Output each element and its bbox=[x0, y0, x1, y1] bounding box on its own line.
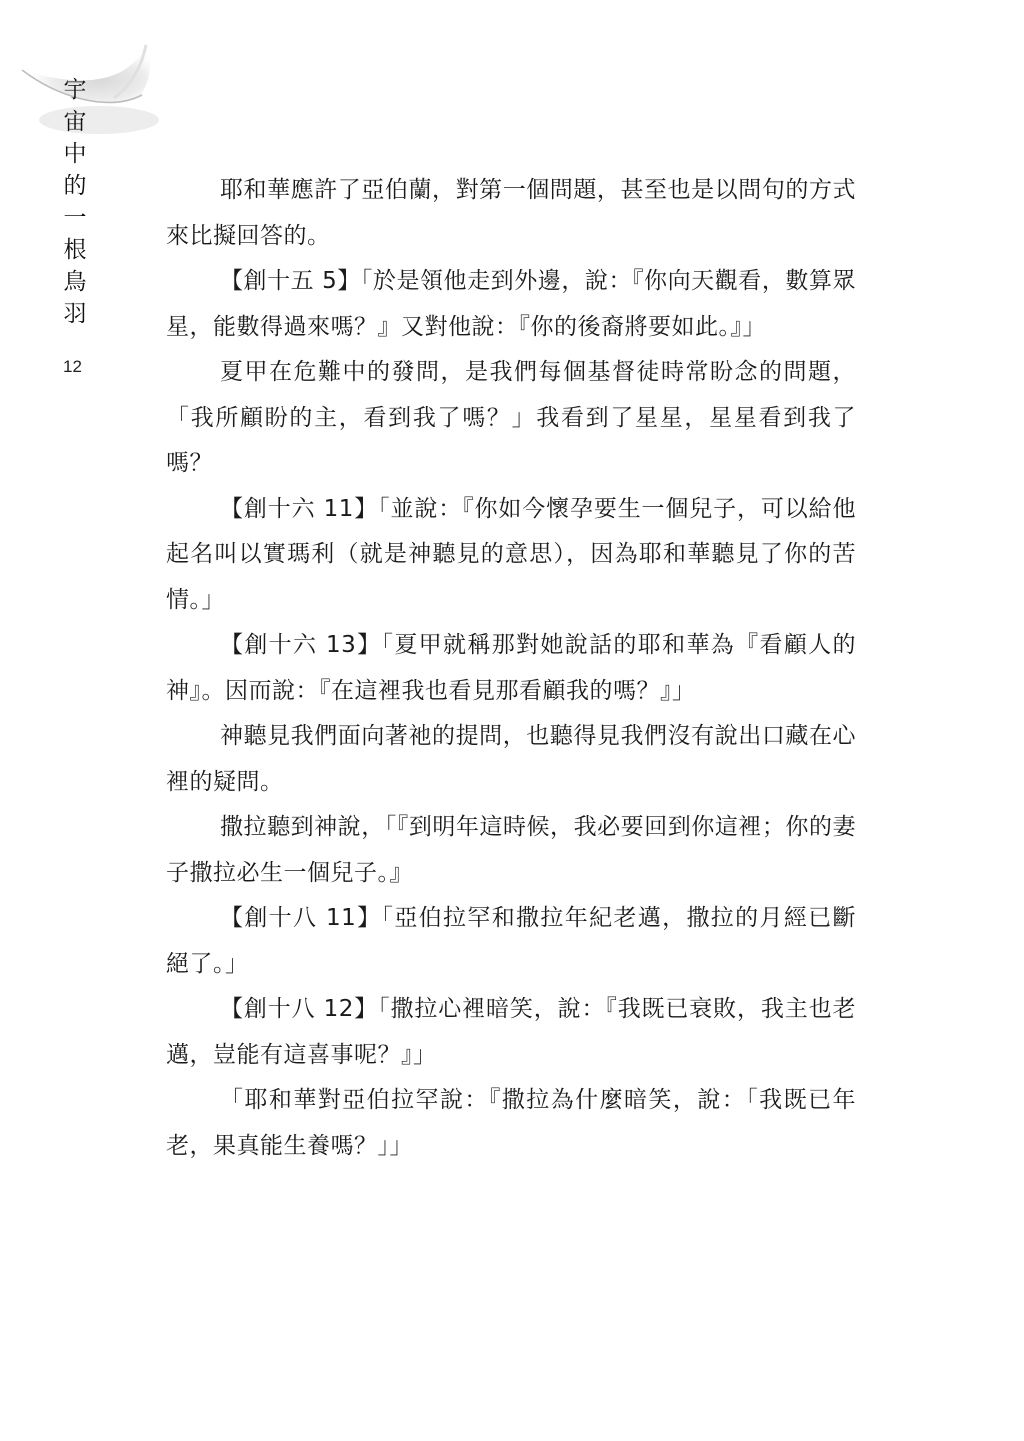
book-title-char: 根 bbox=[64, 234, 87, 266]
scripture-quote: 【創十五 5】「於是領他走到外邊，說：『你向天觀看，數算眾星，能數得過來嗎？』又… bbox=[166, 259, 856, 350]
book-title-char: 的 bbox=[64, 170, 87, 202]
book-title-char: 鳥 bbox=[64, 266, 87, 298]
book-title-vertical: 宇 宙 中 的 一 根 鳥 羽 bbox=[60, 74, 90, 330]
scripture-quote: 【創十八 12】「撒拉心裡暗笑，說：『我既已衰敗，我主也老邁，豈能有這喜事呢？』… bbox=[166, 987, 856, 1078]
page-number: 12 bbox=[63, 357, 82, 377]
book-title-char: 宇 bbox=[64, 74, 87, 106]
book-title-char: 羽 bbox=[64, 298, 87, 330]
paragraph: 夏甲在危難中的發問，是我們每個基督徒時常盼念的問題，「我所顧盼的主，看到我了嗎？… bbox=[166, 350, 856, 487]
book-title-char: 宙 bbox=[64, 106, 87, 138]
scripture-quote: 「耶和華對亞伯拉罕說：『撒拉為什麼暗笑，說：「我既已年老，果真能生養嗎？」」 bbox=[166, 1078, 856, 1169]
scripture-quote: 【創十八 11】「亞伯拉罕和撒拉年紀老邁，撒拉的月經已斷絕了。」 bbox=[166, 896, 856, 987]
book-title-char: 中 bbox=[64, 138, 87, 170]
scripture-quote: 【創十六 11】「並說：『你如今懷孕要生一個兒子，可以給他起名叫以實瑪利（就是神… bbox=[166, 487, 856, 624]
book-title-char: 一 bbox=[64, 202, 87, 234]
paragraph: 神聽見我們面向著祂的提問，也聽得見我們沒有說出口藏在心裡的疑問。 bbox=[166, 714, 856, 805]
page-body: 耶和華應許了亞伯蘭，對第一個問題，甚至也是以問句的方式來比擬回答的。 【創十五 … bbox=[166, 168, 856, 1169]
paragraph: 耶和華應許了亞伯蘭，對第一個問題，甚至也是以問句的方式來比擬回答的。 bbox=[166, 168, 856, 259]
paragraph: 撒拉聽到神說，「『到明年這時候，我必要回到你這裡；你的妻子撒拉必生一個兒子。』 bbox=[166, 805, 856, 896]
scripture-quote: 【創十六 13】「夏甲就稱那對她說話的耶和華為『看顧人的神』。因而說：『在這裡我… bbox=[166, 623, 856, 714]
